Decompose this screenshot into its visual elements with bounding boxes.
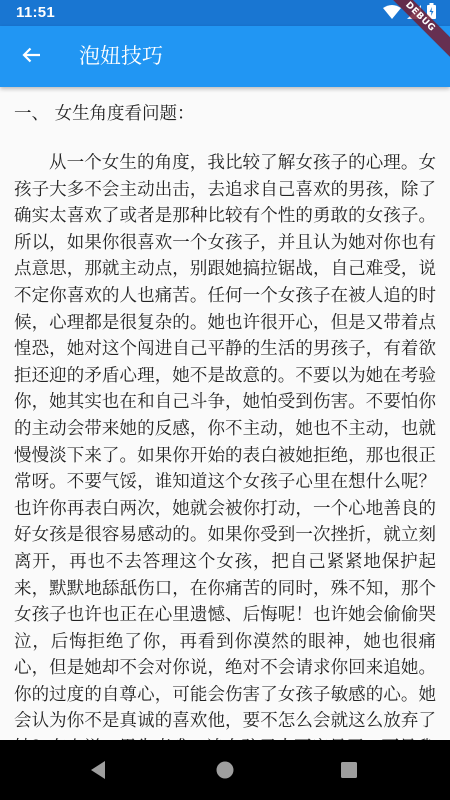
- system-nav-bar: [0, 740, 450, 800]
- recents-square-icon: [337, 767, 361, 786]
- wifi-icon: [383, 4, 401, 23]
- article-paragraph: 从一个女生的角度，我比较了解女孩子的心理。女孩子大多不会主动出击，去追求自己喜欢…: [14, 150, 436, 740]
- status-bar: 11:51: [0, 0, 450, 26]
- back-triangle-icon: [88, 767, 112, 786]
- nav-recents-button[interactable]: [337, 758, 361, 782]
- home-circle-icon: [213, 767, 237, 786]
- section-heading: 一、 女生角度看问题：: [14, 101, 195, 128]
- nav-back-button[interactable]: [88, 758, 112, 782]
- nav-home-button[interactable]: [213, 758, 237, 782]
- arrow-back-icon: [21, 45, 41, 69]
- article-content[interactable]: 一、 女生角度看问题： 从一个女生的角度，我比较了解女孩子的心理。女孩子大多不会…: [0, 87, 450, 740]
- app-bar: 泡妞技巧: [0, 26, 450, 87]
- back-button[interactable]: [16, 42, 46, 72]
- page-title: 泡妞技巧: [79, 42, 163, 70]
- status-time: 11:51: [16, 4, 55, 21]
